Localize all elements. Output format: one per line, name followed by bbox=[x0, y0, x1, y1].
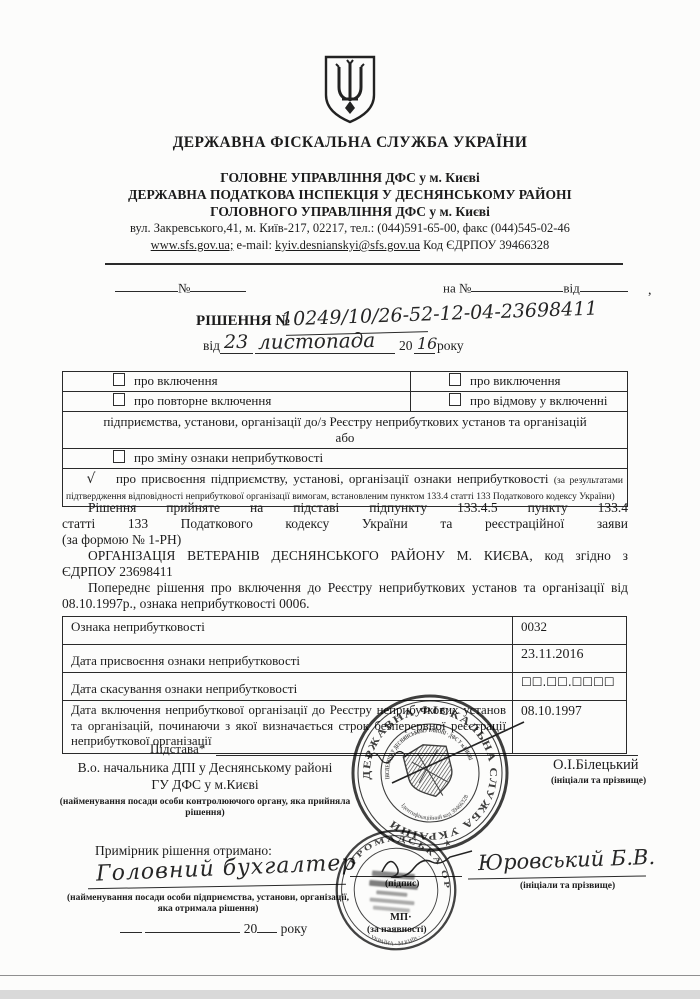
official-position-note: (найменування посади особи контролюючого… bbox=[55, 797, 355, 808]
recipient-note-line1: (найменування посади особи підприємства,… bbox=[48, 893, 368, 904]
day-blank-line bbox=[220, 353, 253, 354]
table-row: Дата скасування ознаки неприбутковості ☐… bbox=[63, 673, 627, 701]
decision-date-prefix: від bbox=[203, 338, 220, 354]
stamp-trident-shield bbox=[402, 740, 458, 802]
receipt-year-word: року bbox=[281, 921, 308, 936]
email-link[interactable]: kyiv.desnianskyi@sfs.gov.ua bbox=[275, 238, 420, 252]
incoming-number-blank: на №від bbox=[443, 279, 628, 296]
month-blank-line bbox=[255, 353, 395, 354]
body-line: статті 133 Податкового кодексу України т… bbox=[62, 516, 628, 532]
year-blank-line bbox=[414, 353, 435, 354]
official-position-line2: ГУ ДФС у м.Києві bbox=[55, 776, 355, 793]
letterhead: ГОЛОВНЕ УПРАВЛІННЯ ДФС у м. Києві ДЕРЖАВ… bbox=[0, 169, 700, 254]
na-no-label: на № bbox=[443, 280, 471, 295]
table-row: про включення про виключення bbox=[63, 372, 628, 392]
previous-decision-line2: 08.10.1997р., ознака неприбутковості 000… bbox=[62, 596, 628, 612]
mp-note: (за наявності) bbox=[367, 925, 427, 936]
recipient-name-handwritten: Юровський Б.В. bbox=[478, 845, 656, 875]
options-subject-line: підприємства, установи, організації до/з… bbox=[69, 414, 621, 430]
outgoing-number-blank: № bbox=[115, 279, 246, 296]
official-position-note2: рішення) bbox=[55, 808, 355, 819]
recipient-note-line2: яка отримала рішення) bbox=[48, 904, 368, 915]
no-label: № bbox=[178, 280, 190, 295]
decision-year-word: року bbox=[437, 338, 464, 354]
svg-text:ГРОМАДСЬКА ОРГАНІЗАЦІЯ: ГРОМАДСЬКА ОРГАНІЗАЦІЯ bbox=[323, 816, 458, 891]
option-refuse: про відмову у включенні bbox=[470, 393, 607, 408]
checkbox-icon[interactable] bbox=[113, 393, 125, 406]
option-reinclude: про повторне включення bbox=[134, 393, 271, 408]
checkbox-icon[interactable] bbox=[449, 393, 461, 406]
scan-edge-band bbox=[0, 990, 700, 999]
organization-code-line: ЄДРПОУ 23698411 bbox=[62, 564, 628, 580]
checkbox-icon[interactable] bbox=[113, 373, 125, 386]
organization-name-line: ОРГАНІЗАЦІЯ ВЕТЕРАНІВ ДЕСНЯНСЬКОГО РАЙОН… bbox=[62, 548, 628, 564]
option-change-attribute: про зміну ознаки неприбутковості bbox=[134, 450, 323, 465]
checkbox-icon[interactable] bbox=[113, 450, 125, 463]
official-name: О.І.Білецький bbox=[553, 757, 639, 774]
previous-decision-line: Попереднє рішення про включення до Реєст… bbox=[62, 580, 628, 596]
emblem-trident bbox=[336, 60, 364, 114]
decision-century: 20 bbox=[399, 338, 413, 354]
table-row: Ознака неприбутковості 0032 bbox=[63, 617, 627, 645]
recipient-name-line bbox=[468, 875, 646, 879]
official-position: В.о. начальника ДПІ у Деснянському район… bbox=[55, 759, 355, 819]
stamp-ring-top-text: ГРОМАДСЬКА ОРГАНІЗАЦІЯ bbox=[323, 816, 458, 891]
options-or-word: або bbox=[69, 430, 621, 446]
basis-label: Підстава* bbox=[150, 741, 205, 757]
agency-title: ДЕРЖАВНА ФІСКАЛЬНА СЛУЖБА УКРАЇНИ bbox=[0, 134, 700, 152]
table-row: про повторне включення про відмову у вкл… bbox=[63, 392, 628, 412]
decision-year-handwritten: 16 bbox=[417, 334, 437, 353]
body-line: Рішення прийняте на підставі підпункту 1… bbox=[62, 500, 628, 516]
row-value-empty-date: ☐☐.☐☐.☐☐☐☐ bbox=[513, 673, 627, 701]
row-label: Ознака неприбутковості bbox=[63, 617, 513, 645]
letterhead-contacts: www.sfs.gov.ua; e-mail: kyiv.desnianskyi… bbox=[0, 237, 700, 254]
recipient-name-note: (ініціали та прізвище) bbox=[520, 881, 615, 892]
letterhead-line2: ДЕРЖАВНА ПОДАТКОВА ІНСПЕКЦІЯ У ДЕСНЯНСЬК… bbox=[0, 186, 700, 203]
checkbox-icon[interactable] bbox=[449, 373, 461, 386]
receipt-date-blank: 20 року bbox=[120, 919, 307, 937]
letterhead-rule bbox=[105, 263, 623, 265]
scanned-decision-document: ДЕРЖАВНА ФІСКАЛЬНА СЛУЖБА УКРАЇНИ ГОЛОВН… bbox=[0, 0, 700, 999]
edrpou-code: Код ЄДРПОУ 39466328 bbox=[423, 238, 549, 252]
receipt-century: 20 bbox=[244, 921, 258, 936]
organization-round-stamp: ГРОМАДСЬКА ОРГАНІЗАЦІЯ · УКРАЇНА · М.КИЇ… bbox=[322, 816, 469, 963]
row-value: 23.11.2016 bbox=[513, 645, 627, 673]
table-row: Дата присвоєння ознаки неприбутковості 2… bbox=[63, 645, 627, 673]
row-value: 0032 bbox=[513, 617, 627, 645]
option-include: про включення bbox=[134, 373, 218, 388]
official-position-line1: В.о. начальника ДПІ у Деснянському район… bbox=[55, 759, 355, 776]
table-row: підприємства, установи, організації до/з… bbox=[63, 412, 628, 449]
vid-label: від bbox=[563, 280, 579, 295]
stray-comma: , bbox=[648, 283, 652, 299]
body-line: (за формою № 1-РН) bbox=[62, 532, 628, 548]
letterhead-address: вул. Закревського,41, м. Київ-217, 02217… bbox=[0, 220, 700, 237]
email-prefix: e-mail: bbox=[237, 238, 272, 252]
letterhead-line1: ГОЛОВНЕ УПРАВЛІННЯ ДФС у м. Києві bbox=[0, 169, 700, 186]
website-link[interactable]: www.sfs.gov.ua; bbox=[151, 238, 234, 252]
mp-label: МП· bbox=[390, 912, 412, 923]
scan-fold-line bbox=[0, 975, 700, 976]
decision-month-handwritten: листопада bbox=[258, 328, 376, 354]
recipient-note: (найменування посади особи підприємства,… bbox=[48, 893, 368, 915]
checkmark-handwritten: √ bbox=[66, 471, 116, 487]
row-label: Дата присвоєння ознаки неприбутковості bbox=[63, 645, 513, 673]
letterhead-line3: ГОЛОВНОГО УПРАВЛІННЯ ДФС у м. Києві bbox=[0, 203, 700, 220]
table-row: про зміну ознаки неприбутковості bbox=[63, 449, 628, 469]
ukraine-trident-emblem-icon bbox=[320, 53, 380, 127]
option-exclude: про виключення bbox=[470, 373, 561, 388]
decision-day-handwritten: 23 bbox=[224, 331, 248, 353]
official-name-note: (ініціали та прізвище) bbox=[551, 776, 646, 787]
decision-title: РІШЕННЯ № bbox=[196, 313, 290, 330]
decision-number-handwritten: 10249/10/26-52-12-04-23698411 bbox=[281, 297, 598, 330]
stamp-illegible-text-block bbox=[367, 870, 419, 913]
decision-options-table: про включення про виключення про повторн… bbox=[62, 371, 628, 507]
row-value: 08.10.1997 bbox=[513, 701, 627, 754]
option-assign-attribute: про присвоєння підприємству, установі, о… bbox=[116, 471, 549, 486]
decision-body: Рішення прийняте на підставі підпункту 1… bbox=[62, 500, 628, 612]
